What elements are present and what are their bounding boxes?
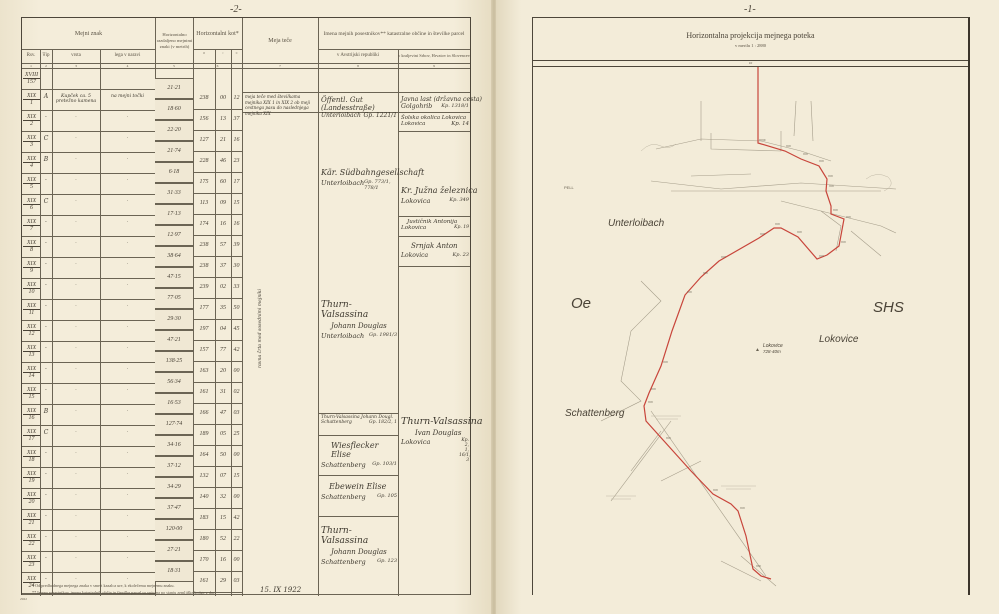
angle-cell: 23 xyxy=(231,158,242,164)
distance-cell: 18·31 xyxy=(155,561,193,582)
cell-vrsta: · xyxy=(52,199,100,204)
distance-cell: 47·21 xyxy=(155,330,193,351)
svg-text:XIX: XIX xyxy=(833,208,838,212)
cell-vrsta: · xyxy=(52,388,100,393)
distance-cell: 22·20 xyxy=(155,120,193,141)
col9-block: Šolska okolica Lokovica LokovicaKp. 14 xyxy=(401,115,469,127)
distance-cell: 127·74 xyxy=(155,414,193,435)
cell-lega: · xyxy=(100,409,155,414)
cell-tip: · xyxy=(40,283,52,288)
cell-lega: · xyxy=(100,493,155,498)
angle-cell: 15 xyxy=(231,200,242,206)
map-label-schattenberg: Schattenberg xyxy=(565,408,625,419)
cell-lega: · xyxy=(100,262,155,267)
cell-tip: · xyxy=(40,346,52,351)
map-label-shs: SHS xyxy=(873,299,904,316)
header-col8: v Avstrijski republiki xyxy=(318,49,398,63)
mark-number: XIX22 xyxy=(23,534,40,547)
angle-cell: 16 xyxy=(231,137,242,143)
distance-cell: 37·47 xyxy=(155,498,193,519)
svg-text:XIX: XIX xyxy=(803,152,808,156)
cell-lega: · xyxy=(100,346,155,351)
mark-number: XIX19 xyxy=(23,471,40,484)
map-title: Horizontalna projekcija mejnega poteka xyxy=(533,31,968,40)
distance-cell: 120·00 xyxy=(155,519,193,540)
col-number: 4 xyxy=(100,63,155,68)
cell-vrsta: · xyxy=(52,409,100,414)
cell-tip: · xyxy=(40,451,52,456)
svg-text:XIX: XIX xyxy=(828,174,833,178)
angle-cell: 16 xyxy=(215,557,231,563)
print-code: 2922 xyxy=(20,597,27,601)
cell-vrsta: · xyxy=(52,367,100,372)
cell-lega: · xyxy=(100,178,155,183)
cell-lega: · xyxy=(100,472,155,477)
angle-cell: 05 xyxy=(215,431,231,437)
svg-text:XIX: XIX xyxy=(651,387,656,391)
header-col5: Horizontalno razdaljeno mejnimi znaki (v… xyxy=(156,18,193,63)
angle-cell: 22 xyxy=(231,536,242,542)
cell-vrsta: · xyxy=(52,241,100,246)
angle-cell: 25 xyxy=(231,431,242,437)
header-col3: vrsta xyxy=(52,49,100,63)
cell-vrsta: · xyxy=(52,556,100,561)
angle-cell: 239 xyxy=(193,284,215,290)
svg-text:XIX: XIX xyxy=(740,506,745,510)
cell-tip: · xyxy=(40,535,52,540)
distance-cell: 138·25 xyxy=(155,351,193,372)
svg-text:▲: ▲ xyxy=(755,348,760,353)
svg-text:XIX: XIX xyxy=(687,290,692,294)
cell-vrsta: · xyxy=(52,451,100,456)
cell-vrsta: · xyxy=(52,304,100,309)
mark-number: XIX5 xyxy=(23,177,40,190)
angle-cell: 175 xyxy=(193,179,215,185)
map-label-oe: Oe xyxy=(571,295,591,312)
angle-cell: 02 xyxy=(231,389,242,395)
angle-cell: 37 xyxy=(215,263,231,269)
cell-vrsta: Kupček ca. 5 pretežno kamena xyxy=(52,94,100,104)
angle-cell: 02 xyxy=(215,284,231,290)
angle-cell: 47 xyxy=(215,410,231,416)
header-col2: Ŧip xyxy=(40,49,52,63)
svg-text:XIX: XIX xyxy=(819,159,824,163)
cell-vrsta: · xyxy=(52,514,100,519)
angle-cell: 60 xyxy=(215,179,231,185)
cell-tip: · xyxy=(40,241,52,246)
mark-number: XIX16 xyxy=(23,408,40,421)
angle-cell: 132 xyxy=(193,473,215,479)
angle-cell: 31 xyxy=(215,389,231,395)
cell-lega: · xyxy=(100,136,155,141)
angle-cell: 07 xyxy=(215,473,231,479)
angle-cell: 140 xyxy=(193,494,215,500)
header-col1: Rsv. xyxy=(22,49,40,63)
cell-vrsta: · xyxy=(52,577,100,582)
cell-lega: · xyxy=(100,577,155,582)
cell-tip: · xyxy=(40,325,52,330)
mark-number: XIX13 xyxy=(23,345,40,358)
cell-vrsta: · xyxy=(52,430,100,435)
map-label-unterloibach: Unterloibach xyxy=(608,218,664,229)
mark-number: XIX11 xyxy=(23,303,40,316)
distance-cell: 34·29 xyxy=(155,477,193,498)
svg-text:XIX: XIX xyxy=(797,230,802,234)
col9-block: Thurn-Valsassina Ivan Douglas LokovicaKp… xyxy=(401,416,469,463)
angle-cell: 52 xyxy=(215,536,231,542)
angle-cell: 15 xyxy=(215,515,231,521)
cell-tip: A xyxy=(40,94,52,99)
header-col6-min: ' xyxy=(215,49,231,63)
header-col6-sec: " xyxy=(231,49,242,63)
angle-cell: 20 xyxy=(215,368,231,374)
distance-cell: 37·12 xyxy=(155,456,193,477)
cell-lega: · xyxy=(100,115,155,120)
angle-cell: 177 xyxy=(193,305,215,311)
angle-cell: 180 xyxy=(193,536,215,542)
angle-cell: 00 xyxy=(231,557,242,563)
cell-vrsta: · xyxy=(52,136,100,141)
distance-cell: 21·74 xyxy=(155,141,193,162)
distance-cell: 56·34 xyxy=(155,372,193,393)
svg-text:XIX: XIX xyxy=(819,254,824,258)
angle-cell: 32 xyxy=(215,494,231,500)
col8-block: Thurn-Valsassina Johann Dougl. Schattenb… xyxy=(321,415,397,425)
cell-vrsta: · xyxy=(52,535,100,540)
cell-vrsta: · xyxy=(52,157,100,162)
mark-number: XIX12 xyxy=(23,324,40,337)
angle-cell: 13 xyxy=(215,116,231,122)
header-col9: v kraljevini Srbov, Hrvatov in Slovencev xyxy=(398,49,470,63)
distance-cell: 17·13 xyxy=(155,204,193,225)
col9-block: Javna last (državna cesta) GolgohribKp. … xyxy=(401,96,469,110)
mark-number: XIX4 xyxy=(23,156,40,169)
angle-cell: 16 xyxy=(215,221,231,227)
cell-lega: · xyxy=(100,304,155,309)
cell-lega: · xyxy=(100,325,155,330)
angle-cell: 164 xyxy=(193,452,215,458)
distance-cell: 12·97 xyxy=(155,225,193,246)
angle-cell: 174 xyxy=(193,221,215,227)
col-number: 3 xyxy=(52,63,100,68)
cell-vrsta: · xyxy=(52,283,100,288)
angle-cell: 127 xyxy=(193,137,215,143)
angle-cell: 29 xyxy=(215,578,231,584)
cell-tip: · xyxy=(40,556,52,561)
col-number: 10 xyxy=(533,61,968,65)
angle-cell: 113 xyxy=(193,200,215,206)
angle-cell: 197 xyxy=(193,326,215,332)
map-frame: Horizontalna projekcija mejnega poteka v… xyxy=(532,17,970,595)
angle-cell: 16 xyxy=(231,221,242,227)
angle-cell: 50 xyxy=(231,305,242,311)
svg-text:XIX: XIX xyxy=(829,184,834,188)
header-col6: Horizontalni kot* xyxy=(193,18,242,49)
distance-cell: 29·30 xyxy=(155,309,193,330)
cell-tip: · xyxy=(40,472,52,477)
col7-note: meja teče med številkama mejnika XIX 1 i… xyxy=(245,94,315,116)
footnote-2: ** Imena posestnikov, imena katastralnih… xyxy=(32,590,215,595)
cell-lega: · xyxy=(100,157,155,162)
angle-cell: 77 xyxy=(215,347,231,353)
angle-cell: 46 xyxy=(215,158,231,164)
angle-cell: 50 xyxy=(215,452,231,458)
cell-tip: C xyxy=(40,430,52,435)
angle-cell: 09 xyxy=(215,200,231,206)
mark-number: XIX23 xyxy=(23,555,40,568)
map-label-lokovice: Lokovice xyxy=(819,334,858,345)
angle-cell: 228 xyxy=(193,158,215,164)
svg-text:XIX: XIX xyxy=(703,271,708,275)
angle-cell: 166 xyxy=(193,410,215,416)
angle-cell: 157 xyxy=(193,347,215,353)
cell-lega: · xyxy=(100,556,155,561)
col8-block: Thurn-Valsassina Johann Douglas Unterloi… xyxy=(321,300,397,340)
map-scale: v merilu 1 : 2880 xyxy=(533,43,968,48)
record-date: 15. IX 1922 xyxy=(260,586,320,595)
svg-text:XIX: XIX xyxy=(666,436,671,440)
svg-text:XIX: XIX xyxy=(760,232,765,236)
cell-tip: · xyxy=(40,304,52,309)
angle-cell: 45 xyxy=(231,326,242,332)
col7-vertical-note: ravna črta med sosednimi mejniki xyxy=(258,268,263,368)
angle-cell: 03 xyxy=(231,410,242,416)
cell-lega: · xyxy=(100,535,155,540)
distance-cell: 34·16 xyxy=(155,435,193,456)
angle-cell: 57 xyxy=(215,242,231,248)
cell-lega: · xyxy=(100,283,155,288)
angle-cell: 42 xyxy=(231,347,242,353)
angle-cell: 15 xyxy=(231,473,242,479)
cell-vrsta: · xyxy=(52,346,100,351)
header-owners: Imena mejnih posestnikov** katastralne o… xyxy=(318,18,470,49)
angle-cell: 161 xyxy=(193,389,215,395)
angle-cell: 238 xyxy=(193,95,215,101)
mark-number: XIX8 xyxy=(23,240,40,253)
distance-cell: 16·53 xyxy=(155,393,193,414)
cell-lega: · xyxy=(100,367,155,372)
svg-text:XIX: XIX xyxy=(775,222,780,226)
header-boundary-mark: Mejni znak xyxy=(22,18,155,49)
mark-number: XIX9 xyxy=(23,261,40,274)
col-number: 6 xyxy=(193,63,242,68)
angle-cell: 00 xyxy=(231,452,242,458)
col8-block: Thurn-Valsassina Johann Douglas Schatten… xyxy=(321,526,397,566)
cell-vrsta: · xyxy=(52,220,100,225)
cell-lega: · xyxy=(100,514,155,519)
map-label-elevation: 728·40m xyxy=(763,349,781,354)
distance-cell: 31·33 xyxy=(155,183,193,204)
cell-tip: · xyxy=(40,220,52,225)
angle-cell: 33 xyxy=(231,284,242,290)
angle-cell: 00 xyxy=(215,95,231,101)
col-number: 9 xyxy=(398,63,470,68)
svg-text:XVIII: XVIII xyxy=(759,138,766,142)
angle-cell: 183 xyxy=(193,515,215,521)
angle-cell: 170 xyxy=(193,557,215,563)
angle-cell: 00 xyxy=(231,368,242,374)
mark-number: XIX1 xyxy=(23,93,40,106)
angle-cell: 21 xyxy=(215,137,231,143)
cell-tip: · xyxy=(40,115,52,120)
cell-vrsta: · xyxy=(52,325,100,330)
distance-cell: 18·60 xyxy=(155,99,193,120)
mark-number: XIX3 xyxy=(23,135,40,148)
col9-block: Justičnik Antonija LokovicaKp. 19 xyxy=(401,219,469,231)
mark-number: XIX18 xyxy=(23,450,40,463)
distance-cell: 47·15 xyxy=(155,267,193,288)
cell-tip: · xyxy=(40,514,52,519)
mark-number: XIX21 xyxy=(23,513,40,526)
cell-lega: · xyxy=(100,241,155,246)
mark-number: XIX14 xyxy=(23,366,40,379)
header-col6-deg: ° xyxy=(193,49,215,63)
svg-text:XIX: XIX xyxy=(846,215,851,219)
svg-text:XIX: XIX xyxy=(663,360,668,364)
svg-text:XIX: XIX xyxy=(786,144,791,148)
cell-lega: · xyxy=(100,199,155,204)
cell-tip: · xyxy=(40,367,52,372)
col8-block: Wiesflecker Elise SchattenbergGp. 103/1 xyxy=(321,441,397,469)
angle-cell: 156 xyxy=(193,116,215,122)
cell-vrsta: · xyxy=(52,262,100,267)
distance-cell: 21·21 xyxy=(155,78,193,99)
cell-lega: · xyxy=(100,220,155,225)
cell-vrsta: · xyxy=(52,115,100,120)
angle-cell: 189 xyxy=(193,431,215,437)
mark-number: XIX7 xyxy=(23,219,40,232)
svg-text:XIX: XIX xyxy=(841,240,846,244)
mark-number: XIX6 xyxy=(23,198,40,211)
boundary-mark-table: Mejni znak Rsv. Ŧip vrsta lega v naravi … xyxy=(21,17,471,595)
angle-cell: 238 xyxy=(193,242,215,248)
cell-tip: C xyxy=(40,136,52,141)
col8-block: Ebewein Elise SchattenbergGp. 105 xyxy=(321,482,397,501)
distance-cell: 38·64 xyxy=(155,246,193,267)
mark-number: XIX17 xyxy=(23,429,40,442)
angle-cell: 37 xyxy=(231,116,242,122)
svg-text:XIX: XIX xyxy=(648,400,653,404)
cell-tip: C xyxy=(40,199,52,204)
cell-lega: · xyxy=(100,451,155,456)
footnote-1: * Od predhodnega mejnega znaka v smeri k… xyxy=(32,583,175,588)
distance-cell: 77·05 xyxy=(155,288,193,309)
distance-cell: 6·18 xyxy=(155,162,193,183)
svg-text:XIX: XIX xyxy=(721,255,726,259)
mark-number: XVIII157 xyxy=(23,72,40,85)
angle-cell: 35 xyxy=(215,305,231,311)
header-col7: Meja teče xyxy=(242,18,318,63)
angle-cell: 42 xyxy=(231,515,242,521)
angle-cell: 12 xyxy=(231,95,242,101)
svg-text:XIX: XIX xyxy=(756,564,761,568)
angle-cell: 30 xyxy=(231,263,242,269)
col8-block: Öffentl. Gut (Landesstraße) Unterloibach… xyxy=(321,96,397,119)
col9-block: Srnjak Anton LokovicaKp. 23 xyxy=(401,242,469,259)
mark-number: XIX10 xyxy=(23,282,40,295)
angle-cell: 00 xyxy=(231,494,242,500)
cell-vrsta: · xyxy=(52,493,100,498)
angle-cell: 238 xyxy=(193,263,215,269)
cell-vrsta: · xyxy=(52,178,100,183)
mark-number: XIX20 xyxy=(23,492,40,505)
cell-tip: · xyxy=(40,388,52,393)
angle-cell: 17 xyxy=(231,179,242,185)
col8-block: Kär. Südbahngesellschaft UnterloibachGp.… xyxy=(321,168,397,191)
boundary-map: XVIIIXIX XIXXIX XIXXIX XIXXIX XIXXIX XIX… xyxy=(533,67,969,596)
angle-cell: 163 xyxy=(193,368,215,374)
distance-cell: 27·21 xyxy=(155,540,193,561)
page-number: -1- xyxy=(744,4,756,15)
angle-cell: 03 xyxy=(231,578,242,584)
left-page: -2- Mejni znak Rsv. Ŧip vrsta lega v nar… xyxy=(0,0,493,614)
svg-text:PELL: PELL xyxy=(564,185,575,190)
cell-lega: · xyxy=(100,430,155,435)
angle-cell: 161 xyxy=(193,578,215,584)
col9-block: Kr. Južna železnica LokovicaKp. 349 xyxy=(401,186,469,205)
cell-tip: · xyxy=(40,493,52,498)
cell-lega: · xyxy=(100,388,155,393)
cell-tip: B xyxy=(40,157,52,162)
cell-lega: na mejni točki xyxy=(100,94,155,99)
col-number: 1 xyxy=(22,63,40,68)
col-number: 7 xyxy=(242,63,318,68)
cell-tip: · xyxy=(40,577,52,582)
mark-number: XIX2 xyxy=(23,114,40,127)
angle-cell: 39 xyxy=(231,242,242,248)
col-number: 2 xyxy=(40,63,52,68)
cell-tip: · xyxy=(40,178,52,183)
page-number: -2- xyxy=(230,4,242,15)
mark-number: XIX15 xyxy=(23,387,40,400)
angle-cell: 04 xyxy=(215,326,231,332)
col-number: 8 xyxy=(318,63,398,68)
col-number: 5 xyxy=(155,63,193,68)
cell-vrsta: · xyxy=(52,472,100,477)
svg-text:XIX: XIX xyxy=(713,488,718,492)
cell-tip: B xyxy=(40,409,52,414)
header-col4: lega v naravi xyxy=(100,49,155,63)
cell-tip: · xyxy=(40,262,52,267)
